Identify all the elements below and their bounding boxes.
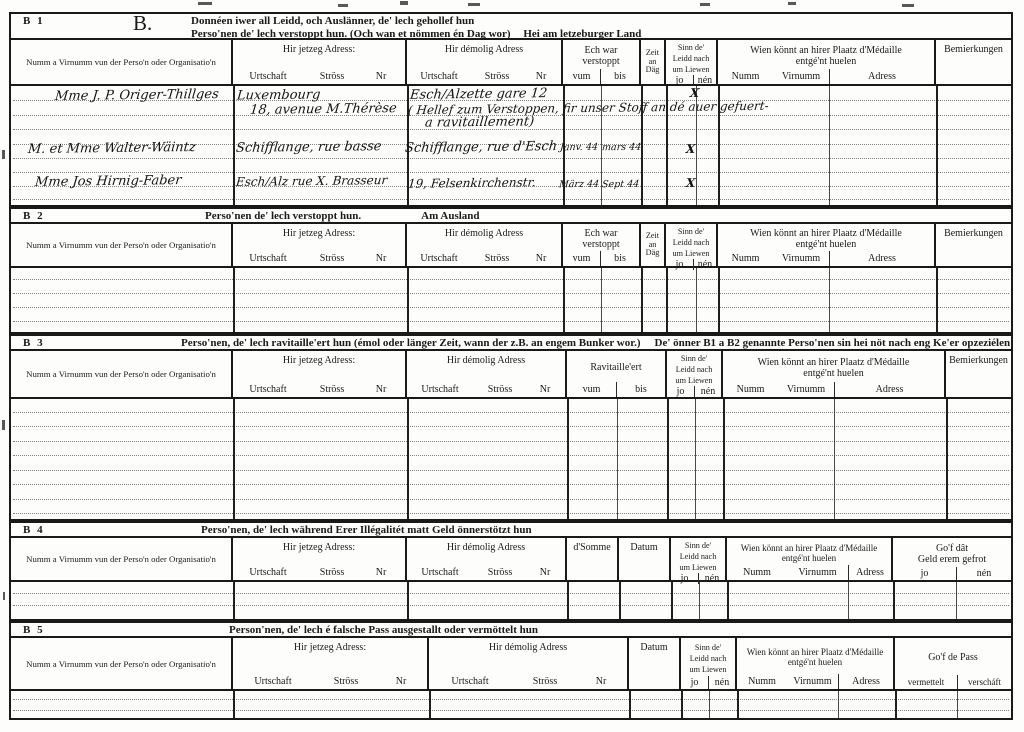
scan-artifact (198, 2, 212, 5)
col-former-address-label: Hir démolig Adress (407, 224, 561, 251)
divider (709, 691, 710, 718)
col-money-returned: Go'f dât Geld erem gefrot jo nén (893, 538, 1011, 580)
divider (233, 582, 235, 619)
col-supplied-period-label: Ravitaille'ert (567, 351, 665, 382)
handwritten-note: a ravitaillement) (424, 114, 535, 130)
divider (696, 268, 697, 332)
sub-stross: Ströss (303, 69, 361, 84)
col-days-label: Zeit an Däg (641, 224, 664, 266)
col-former-address: Hir démolig Adress Urtschaft Ströss Nr (407, 40, 563, 84)
section-b5-header-band: B 5 Person'nen, de' lech é falsche Pass … (11, 623, 1011, 638)
handwritten-former-address: Esch/Alzette gare 12 (409, 86, 548, 103)
col-date: Datum (619, 538, 671, 580)
section-title-suffix: Am Ausland (421, 210, 479, 222)
section-id: B 3 (11, 337, 133, 349)
handwritten-check-jo: X (685, 142, 696, 156)
dotted-line (13, 513, 1009, 514)
col-days: Zeit an Däg (641, 40, 666, 84)
section-b5-rows (11, 691, 1011, 718)
column-headers-b3: Numm a Virnumm vun der Perso'n oder Orga… (11, 351, 1011, 399)
col-remarks: Bemierkungen (946, 351, 1011, 397)
column-headers-b2: Numm a Virnumm vun der Perso'n oder Orga… (11, 224, 1011, 268)
handwritten-current-address: Schifflange, rue basse (235, 139, 382, 156)
scan-artifact (2, 150, 5, 159)
col-medal-recipient: Wien könnt an hirer Plaatz d'Médaille en… (727, 538, 893, 580)
section-b2-header-band: B 2 Perso'nen de' lech verstoppt hun. Am… (11, 209, 1011, 224)
divider (946, 399, 948, 519)
handwritten-date-bis: Sept 44 (601, 179, 639, 190)
divider (567, 399, 569, 519)
scan-artifact (468, 3, 480, 6)
col-pass-provided: Go'f de Pass vermettelt verscháft (895, 638, 1011, 689)
divider (641, 268, 643, 332)
col-remarks-label: Bemierkungen (946, 351, 1011, 397)
section-b3-header-band: B 3 Perso'nen, de' lech ravitaille'ert h… (11, 336, 1011, 351)
col-name-label: Numm a Virnumm vun der Perso'n oder Orga… (11, 538, 231, 580)
divider (957, 691, 958, 718)
section-b1-rows: Mme J. P. Origer-Thillges Luxembourg 18,… (11, 86, 1011, 205)
sub-stross: Ströss (471, 69, 523, 84)
col-pass-provided-label: Go'f de Pass (895, 638, 1011, 675)
handwritten-entries: Mme J. P. Origer-Thillges Luxembourg 18,… (11, 86, 1011, 205)
col-former-address: Hir démolig Adress Urtschaft Ströss Nr (407, 224, 563, 266)
section-b1: B 1 B. Donnéen iwer all Leidd, och Auslä… (9, 12, 1013, 207)
col-supplied-period: Ravitaille'ert vum bis (567, 351, 667, 397)
col-medal-recipient: Wien könnt an hirer Plaatz d'Médaille en… (737, 638, 895, 689)
dotted-line (13, 710, 1009, 711)
handwritten-name: M. et Mme Walter-Wäintz (27, 140, 196, 157)
col-medal-recipient-label: Wien könnt an hirer Plaatz d'Médaille en… (737, 638, 893, 674)
divider (834, 399, 835, 519)
col-still-alive-label: Sinn de' Leidd nach um Liewen (681, 638, 735, 676)
scan-artifact (788, 2, 796, 5)
col-medal-recipient-label: Wien könnt an hirer Plaatz d'Médaille en… (723, 351, 944, 382)
col-name-label: Numm a Virnumm vun der Perso'n oder Orga… (11, 224, 231, 266)
sub-nr: Nr (523, 69, 559, 84)
col-medal-recipient: Wien könnt an hirer Plaatz d'Médaille en… (723, 351, 946, 397)
col-former-address-label: Hir démolig Adress (429, 638, 627, 674)
divider (233, 691, 235, 718)
col-date: Datum (629, 638, 681, 689)
dotted-line (13, 412, 1009, 413)
col-remarks-label: Bemierkungen (936, 224, 1011, 266)
sub-adress: Adress (829, 69, 934, 84)
col-current-address: Hir jetzeg Adress: Urtschaft Ströss Nr (233, 40, 407, 84)
divider (407, 582, 409, 619)
section-id: B 2 (11, 210, 133, 222)
col-still-alive: Sinn de' Leidd nach um Liewen jo nén (666, 40, 718, 84)
divider (895, 691, 897, 718)
col-former-address: Hir démolig Adress Urtschaft Ströss Nr (429, 638, 629, 689)
sub-jo: jo (666, 75, 693, 86)
divider (407, 399, 409, 519)
col-still-alive-label: Sinn de' Leidd nach um Liewen (667, 351, 721, 386)
divider (666, 268, 668, 332)
sub-urtschaft: Urtschaft (407, 69, 471, 84)
column-headers-b1: Numm a Virnumm vun der Perso'n oder Orga… (11, 40, 1011, 86)
handwritten-current-address: Luxembourg (236, 87, 321, 103)
divider (619, 582, 621, 619)
col-remarks-label: Bemierkungen (936, 40, 1011, 84)
divider (695, 399, 696, 519)
sub-virnumm: Virnumm (773, 69, 829, 84)
section-b3-rows (11, 399, 1011, 519)
divider (601, 268, 602, 332)
column-headers-b5: Numm a Virnumm vun der Perso'n oder Orga… (11, 638, 1011, 691)
col-hidden-period: Ech war verstoppt vum bis (563, 224, 641, 266)
section-id: B 1 (11, 15, 133, 27)
dotted-line (13, 279, 1009, 280)
dotted-line (13, 321, 1009, 322)
col-still-alive: Sinn de' Leidd nach um Liewen jo nén (666, 224, 718, 266)
col-amount: d'Somme (567, 538, 619, 580)
handwritten-former-address: Schifflange, rue d'Esch (404, 139, 557, 156)
col-current-address-label: Hir jetzeg Adress: (233, 638, 427, 674)
sub-nr: Nr (361, 69, 401, 84)
handwritten-current-address: 18, avenue M.Thérèse (249, 101, 397, 118)
divider (718, 268, 720, 332)
col-medal-recipient: Wien könnt an hirer Plaatz d'Médaille en… (718, 40, 936, 84)
col-name-label: Numm a Virnumm vun der Perso'n oder Orga… (11, 638, 231, 689)
section-title: Perso'nen de' lech verstoppt hun. (205, 210, 361, 222)
col-hidden-period: Ech war verstoppt vum bis (563, 40, 641, 84)
col-name-label: Numm a Virnumm vun der Perso'n oder Orga… (11, 40, 231, 84)
scanned-form-page: B 1 B. Donnéen iwer all Leidd, och Auslä… (0, 0, 1024, 732)
divider (233, 399, 235, 519)
section-b4: B 4 Perso'nen, de' lech während Erer Ill… (9, 521, 1013, 621)
col-name-label: Numm a Virnumm vun der Perso'n oder Orga… (11, 351, 231, 397)
divider (617, 399, 618, 519)
handwritten-date-bis: mars 44 (601, 142, 641, 153)
scan-artifact (338, 4, 348, 7)
divider (893, 582, 895, 619)
scan-artifact (700, 3, 710, 6)
section-title: Donnéen iwer all Leidd, och Auslänner, d… (191, 15, 641, 40)
col-remarks: Bemierkungen (936, 224, 1011, 266)
col-current-address: Hir jetzeg Adress: Urtschaft Ströss Nr (233, 224, 407, 266)
handwritten-date-vum: Janv. 44 (559, 142, 598, 153)
divider (727, 582, 729, 619)
section-title: Person'nen, de' lech é falsche Pass ausg… (229, 624, 538, 636)
col-name: Numm a Virnumm vun der Perso'n oder Orga… (11, 224, 233, 266)
col-money-returned-label: Go'f dât Geld erem gefrot (893, 538, 1011, 567)
col-medal-recipient-label: Wien könnt an hirer Plaatz d'Médaille en… (727, 538, 891, 565)
col-former-address: Hir démolig Adress Urtschaft Ströss Nr (407, 538, 567, 580)
section-title-line2: Perso'nen de' lech verstoppt hun. (Och w… (191, 28, 511, 40)
divider (233, 268, 235, 332)
divider (429, 691, 431, 718)
divider (737, 691, 739, 718)
col-current-address: Hir jetzeg Adress: Urtschaft Ströss Nr (233, 538, 407, 580)
col-current-address-label: Hir jetzeg Adress: (233, 224, 405, 251)
col-current-address-label: Hir jetzeg Adress: (233, 538, 405, 565)
col-days: Zeit an Däg (641, 224, 666, 266)
col-former-address-label: Hir démolig Adress (407, 40, 561, 69)
dotted-line (13, 441, 1009, 442)
divider (956, 582, 957, 619)
dotted-line (13, 293, 1009, 294)
col-amount-label: d'Somme (567, 538, 617, 580)
divider (407, 268, 409, 332)
dotted-line (13, 484, 1009, 485)
section-title: Perso'nen, de' lech ravitaille'ert hun (… (181, 337, 641, 349)
handwritten-date-vum: März 44 (558, 179, 599, 191)
col-still-alive-label: Sinn de' Leidd nach um Liewen (671, 538, 725, 573)
divider (629, 691, 631, 718)
section-b4-rows (11, 582, 1011, 619)
sub-bis: bis (600, 69, 639, 84)
section-id: B 4 (11, 524, 133, 536)
section-b1-header-band: B 1 B. Donnéen iwer all Leidd, och Auslä… (11, 14, 1011, 40)
divider (936, 268, 938, 332)
divider (848, 582, 849, 619)
scan-artifact (3, 592, 5, 600)
col-medal-recipient-label: Wien könnt an hirer Plaatz d'Médaille en… (718, 224, 934, 251)
col-current-address: Hir jetzeg Adress: Urtschaft Ströss Nr (233, 351, 407, 397)
col-current-address: Hir jetzeg Adress: Urtschaft Ströss Nr (233, 638, 429, 689)
handwritten-check-jo: X (685, 176, 696, 190)
scan-artifact (400, 1, 408, 5)
col-hidden-period-label: Ech war verstoppt (563, 224, 639, 251)
dotted-line (13, 499, 1009, 500)
section-b3: B 3 Perso'nen, de' lech ravitaille'ert h… (9, 334, 1013, 521)
divider (723, 399, 725, 519)
handwritten-name: Mme J. P. Origer-Thillges (54, 87, 219, 104)
col-medal-recipient-label: Wien könnt an hirer Plaatz d'Médaille en… (718, 40, 934, 69)
col-name: Numm a Virnumm vun der Perso'n oder Orga… (11, 538, 233, 580)
dotted-line (13, 455, 1009, 456)
divider (667, 399, 669, 519)
handwritten-former-address: 19, Felsenkirchenstr. (407, 175, 536, 191)
divider (563, 268, 565, 332)
col-former-address: Hir démolig Adress Urtschaft Ströss Nr (407, 351, 567, 397)
handwritten-name: Mme Jos Hirnig-Faber (34, 173, 182, 190)
dotted-line (13, 605, 1009, 606)
sub-urtschaft: Urtschaft (233, 69, 303, 84)
col-current-address-label: Hir jetzeg Adress: (233, 351, 405, 382)
col-date-label: Datum (629, 638, 679, 689)
handwritten-check-jo: X (689, 86, 700, 100)
col-remarks: Bemierkungen (936, 40, 1011, 84)
dotted-line (13, 699, 1009, 700)
col-still-alive-label: Sinn de' Leidd nach um Liewen (666, 224, 716, 259)
col-name: Numm a Virnumm vun der Perso'n oder Orga… (11, 40, 233, 84)
sub-nen: nén (693, 75, 716, 86)
divider (838, 691, 839, 718)
section-b2: B 2 Perso'nen de' lech verstoppt hun. Am… (9, 207, 1013, 334)
divider (671, 582, 673, 619)
col-still-alive-label: Sinn de' Leidd nach um Liewen (666, 40, 716, 75)
col-days-label: Zeit an Däg (641, 40, 664, 84)
handwritten-current-address: Esch/Alz rue X. Brasseur (235, 173, 387, 189)
section-title: Perso'nen, de' lech während Erer Illégal… (201, 524, 532, 536)
dotted-line (13, 593, 1009, 594)
section-title-suffix: Hei am letzeburger Land (523, 28, 641, 40)
section-b2-rows (11, 268, 1011, 332)
section-title-suffix: De' önner B1 a B2 genannte Perso'nen sin… (655, 337, 1011, 349)
divider (829, 268, 830, 332)
dotted-line (13, 307, 1009, 308)
section-id: B 5 (11, 624, 133, 636)
scan-artifact (902, 4, 914, 7)
section-title-line1: Donnéen iwer all Leidd, och Auslänner, d… (191, 15, 641, 28)
sub-numm: Numm (718, 69, 773, 84)
col-still-alive: Sinn de' Leidd nach um Liewen jo nén (667, 351, 723, 397)
col-name: Numm a Virnumm vun der Perso'n oder Orga… (11, 638, 233, 689)
divider (567, 582, 569, 619)
col-still-alive: Sinn de' Leidd nach um Liewen jo nén (681, 638, 737, 689)
sub-vum: vum (563, 69, 600, 84)
col-former-address-label: Hir démolig Adress (407, 538, 565, 565)
col-still-alive: Sinn de' Leidd nach um Liewen jo nén (671, 538, 727, 580)
col-hidden-period-label: Ech war verstoppt (563, 40, 639, 69)
col-medal-recipient: Wien könnt an hirer Plaatz d'Médaille en… (718, 224, 936, 266)
col-current-address-label: Hir jetzeg Adress: (233, 40, 405, 69)
dotted-line (13, 426, 1009, 427)
section-letter: B. (133, 13, 191, 33)
divider (699, 582, 700, 619)
dotted-line (13, 470, 1009, 471)
scan-artifact (2, 420, 5, 430)
col-name: Numm a Virnumm vun der Perso'n oder Orga… (11, 351, 233, 397)
col-date-label: Datum (619, 538, 669, 580)
col-former-address-label: Hir démolig Adress (407, 351, 565, 382)
section-b5: B 5 Person'nen, de' lech é falsche Pass … (9, 621, 1013, 720)
divider (681, 691, 683, 718)
column-headers-b4: Numm a Virnumm vun der Perso'n oder Orga… (11, 538, 1011, 582)
section-b4-header-band: B 4 Perso'nen, de' lech während Erer Ill… (11, 523, 1011, 538)
